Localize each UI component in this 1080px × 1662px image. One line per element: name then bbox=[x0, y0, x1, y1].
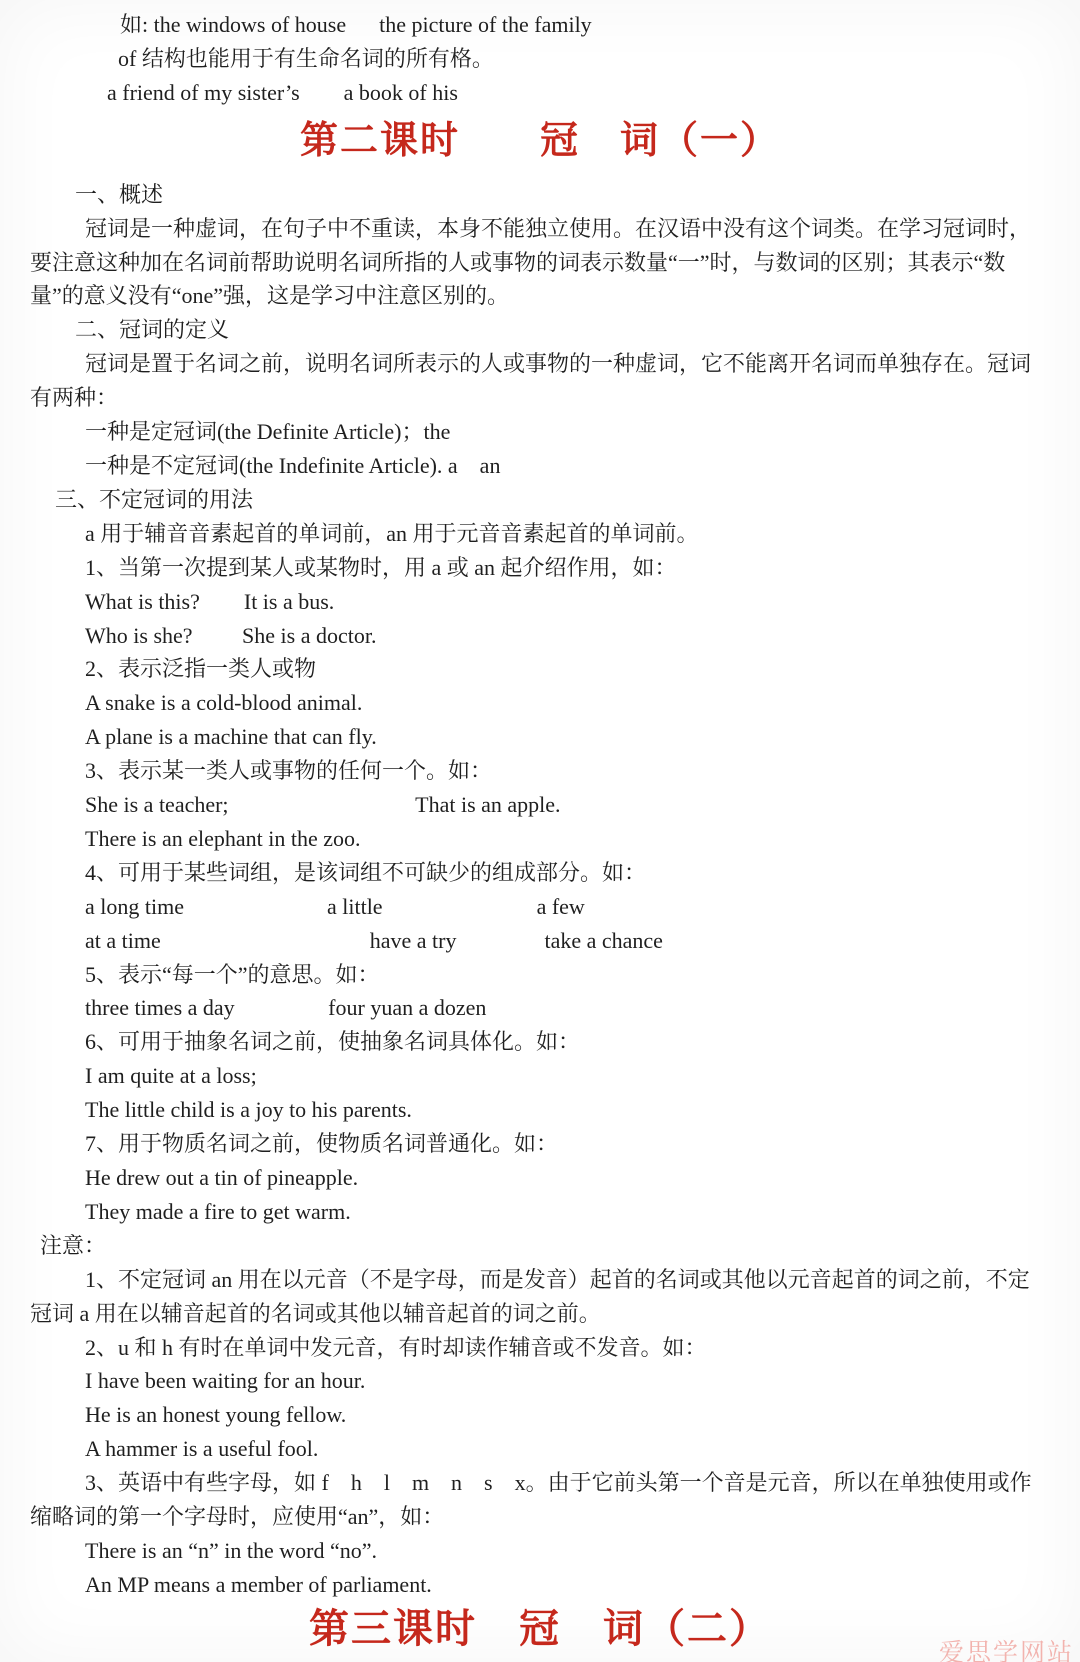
text-line: 量”的意义没有“one”强，这是学习中注意区别的。 bbox=[0, 279, 1080, 313]
numbered-point-line: 7、用于物质名词之前，使物质名词普通化。如： bbox=[0, 1127, 1080, 1161]
example-line: A snake is a cold-blood animal. bbox=[0, 686, 1080, 720]
numbered-point-line: 1、不定冠词 an 用在以元音（不是字母，而是发音）起首的名词或其他以元音起首的… bbox=[0, 1263, 1080, 1297]
example-line: A hammer is a useful fool. bbox=[0, 1432, 1080, 1466]
section-title-line: 三、不定冠词的用法 bbox=[0, 483, 1080, 517]
text-line: 缩略词的第一个字母时，应使用“an”，如： bbox=[0, 1500, 1080, 1534]
numbered-point-line: 3、表示某一类人或事物的任何一个。如： bbox=[0, 754, 1080, 788]
lesson2-heading: 第二课时 冠 词（一） bbox=[0, 116, 1080, 166]
example-line: I have been waiting for an hour. bbox=[0, 1364, 1080, 1398]
site-watermark: 爱思学网站 bbox=[939, 1633, 1074, 1662]
text-line: 一种是定冠词(the Definite Article)；the bbox=[0, 415, 1080, 449]
example-line: He is an honest young fellow. bbox=[0, 1398, 1080, 1432]
text-line: 一种是不定冠词(the Indefinite Article). a an bbox=[0, 449, 1080, 483]
example-line: at a time have a try take a chance bbox=[0, 924, 1080, 958]
example-line: There is an elephant in the zoo. bbox=[0, 822, 1080, 856]
text-line: 冠词是置于名词之前，说明名词所表示的人或事物的一种虚词，它不能离开名词而单独存在… bbox=[0, 347, 1080, 381]
example-line: They made a fire to get warm. bbox=[0, 1195, 1080, 1229]
example-line: What is this? It is a bus. bbox=[0, 585, 1080, 619]
numbered-point-line: 6、可用于抽象名词之前，使抽象名词具体化。如： bbox=[0, 1025, 1080, 1059]
text-line: a friend of my sister’s a book of his bbox=[0, 76, 1080, 110]
numbered-point-line: 5、表示“每一个”的意思。如： bbox=[0, 958, 1080, 992]
text-line: 如: the windows of house the picture of t… bbox=[0, 8, 1080, 42]
numbered-point-line: 4、可用于某些词组，是该词组不可缺少的组成部分。如： bbox=[0, 856, 1080, 890]
numbered-point-line: 2、表示泛指一类人或物 bbox=[0, 652, 1080, 686]
example-line: Who is she? She is a doctor. bbox=[0, 619, 1080, 653]
example-line: a long time a little a few bbox=[0, 890, 1080, 924]
text-line: 冠词是一种虚词，在句子中不重读，本身不能独立使用。在汉语中没有这个词类。在学习冠… bbox=[0, 212, 1080, 246]
example-line: A plane is a machine that can fly. bbox=[0, 720, 1080, 754]
example-line: He drew out a tin of pineapple. bbox=[0, 1161, 1080, 1195]
example-line: The little child is a joy to his parents… bbox=[0, 1093, 1080, 1127]
note-label-line: 注意： bbox=[0, 1229, 1080, 1263]
text-line: a 用于辅音音素起首的单词前，an 用于元音音素起首的单词前。 bbox=[0, 517, 1080, 551]
numbered-point-line: 3、英语中有些字母，如 f h l m n s x。由于它前头第一个音是元音，所… bbox=[0, 1466, 1080, 1500]
document-page: 如: the windows of house the picture of t… bbox=[0, 0, 1080, 1662]
example-line: An MP means a member of parliament. bbox=[0, 1568, 1080, 1602]
lesson3-heading: 第三课时 冠 词（二） bbox=[0, 1602, 1080, 1656]
text-line: 要注意这种加在名词前帮助说明名词所指的人或事物的词表示数量“一”时，与数词的区别… bbox=[0, 246, 1080, 280]
section-title-line: 一、概述 bbox=[0, 178, 1080, 212]
section-title-line: 二、冠词的定义 bbox=[0, 313, 1080, 347]
example-line: three times a day four yuan a dozen bbox=[0, 991, 1080, 1025]
text-line: of 结构也能用于有生命名词的所有格。 bbox=[0, 42, 1080, 76]
example-line: There is an “n” in the word “no”. bbox=[0, 1534, 1080, 1568]
text-line: 冠词 a 用在以辅音起首的名词或其他以辅音起首的词之前。 bbox=[0, 1297, 1080, 1331]
numbered-point-line: 1、当第一次提到某人或某物时，用 a 或 an 起介绍作用，如： bbox=[0, 551, 1080, 585]
numbered-point-line: 2、u 和 h 有时在单词中发元音，有时却读作辅音或不发音。如： bbox=[0, 1331, 1080, 1365]
example-line: I am quite at a loss; bbox=[0, 1059, 1080, 1093]
text-line: 有两种： bbox=[0, 381, 1080, 415]
example-line: She is a teacher; That is an apple. bbox=[0, 788, 1080, 822]
